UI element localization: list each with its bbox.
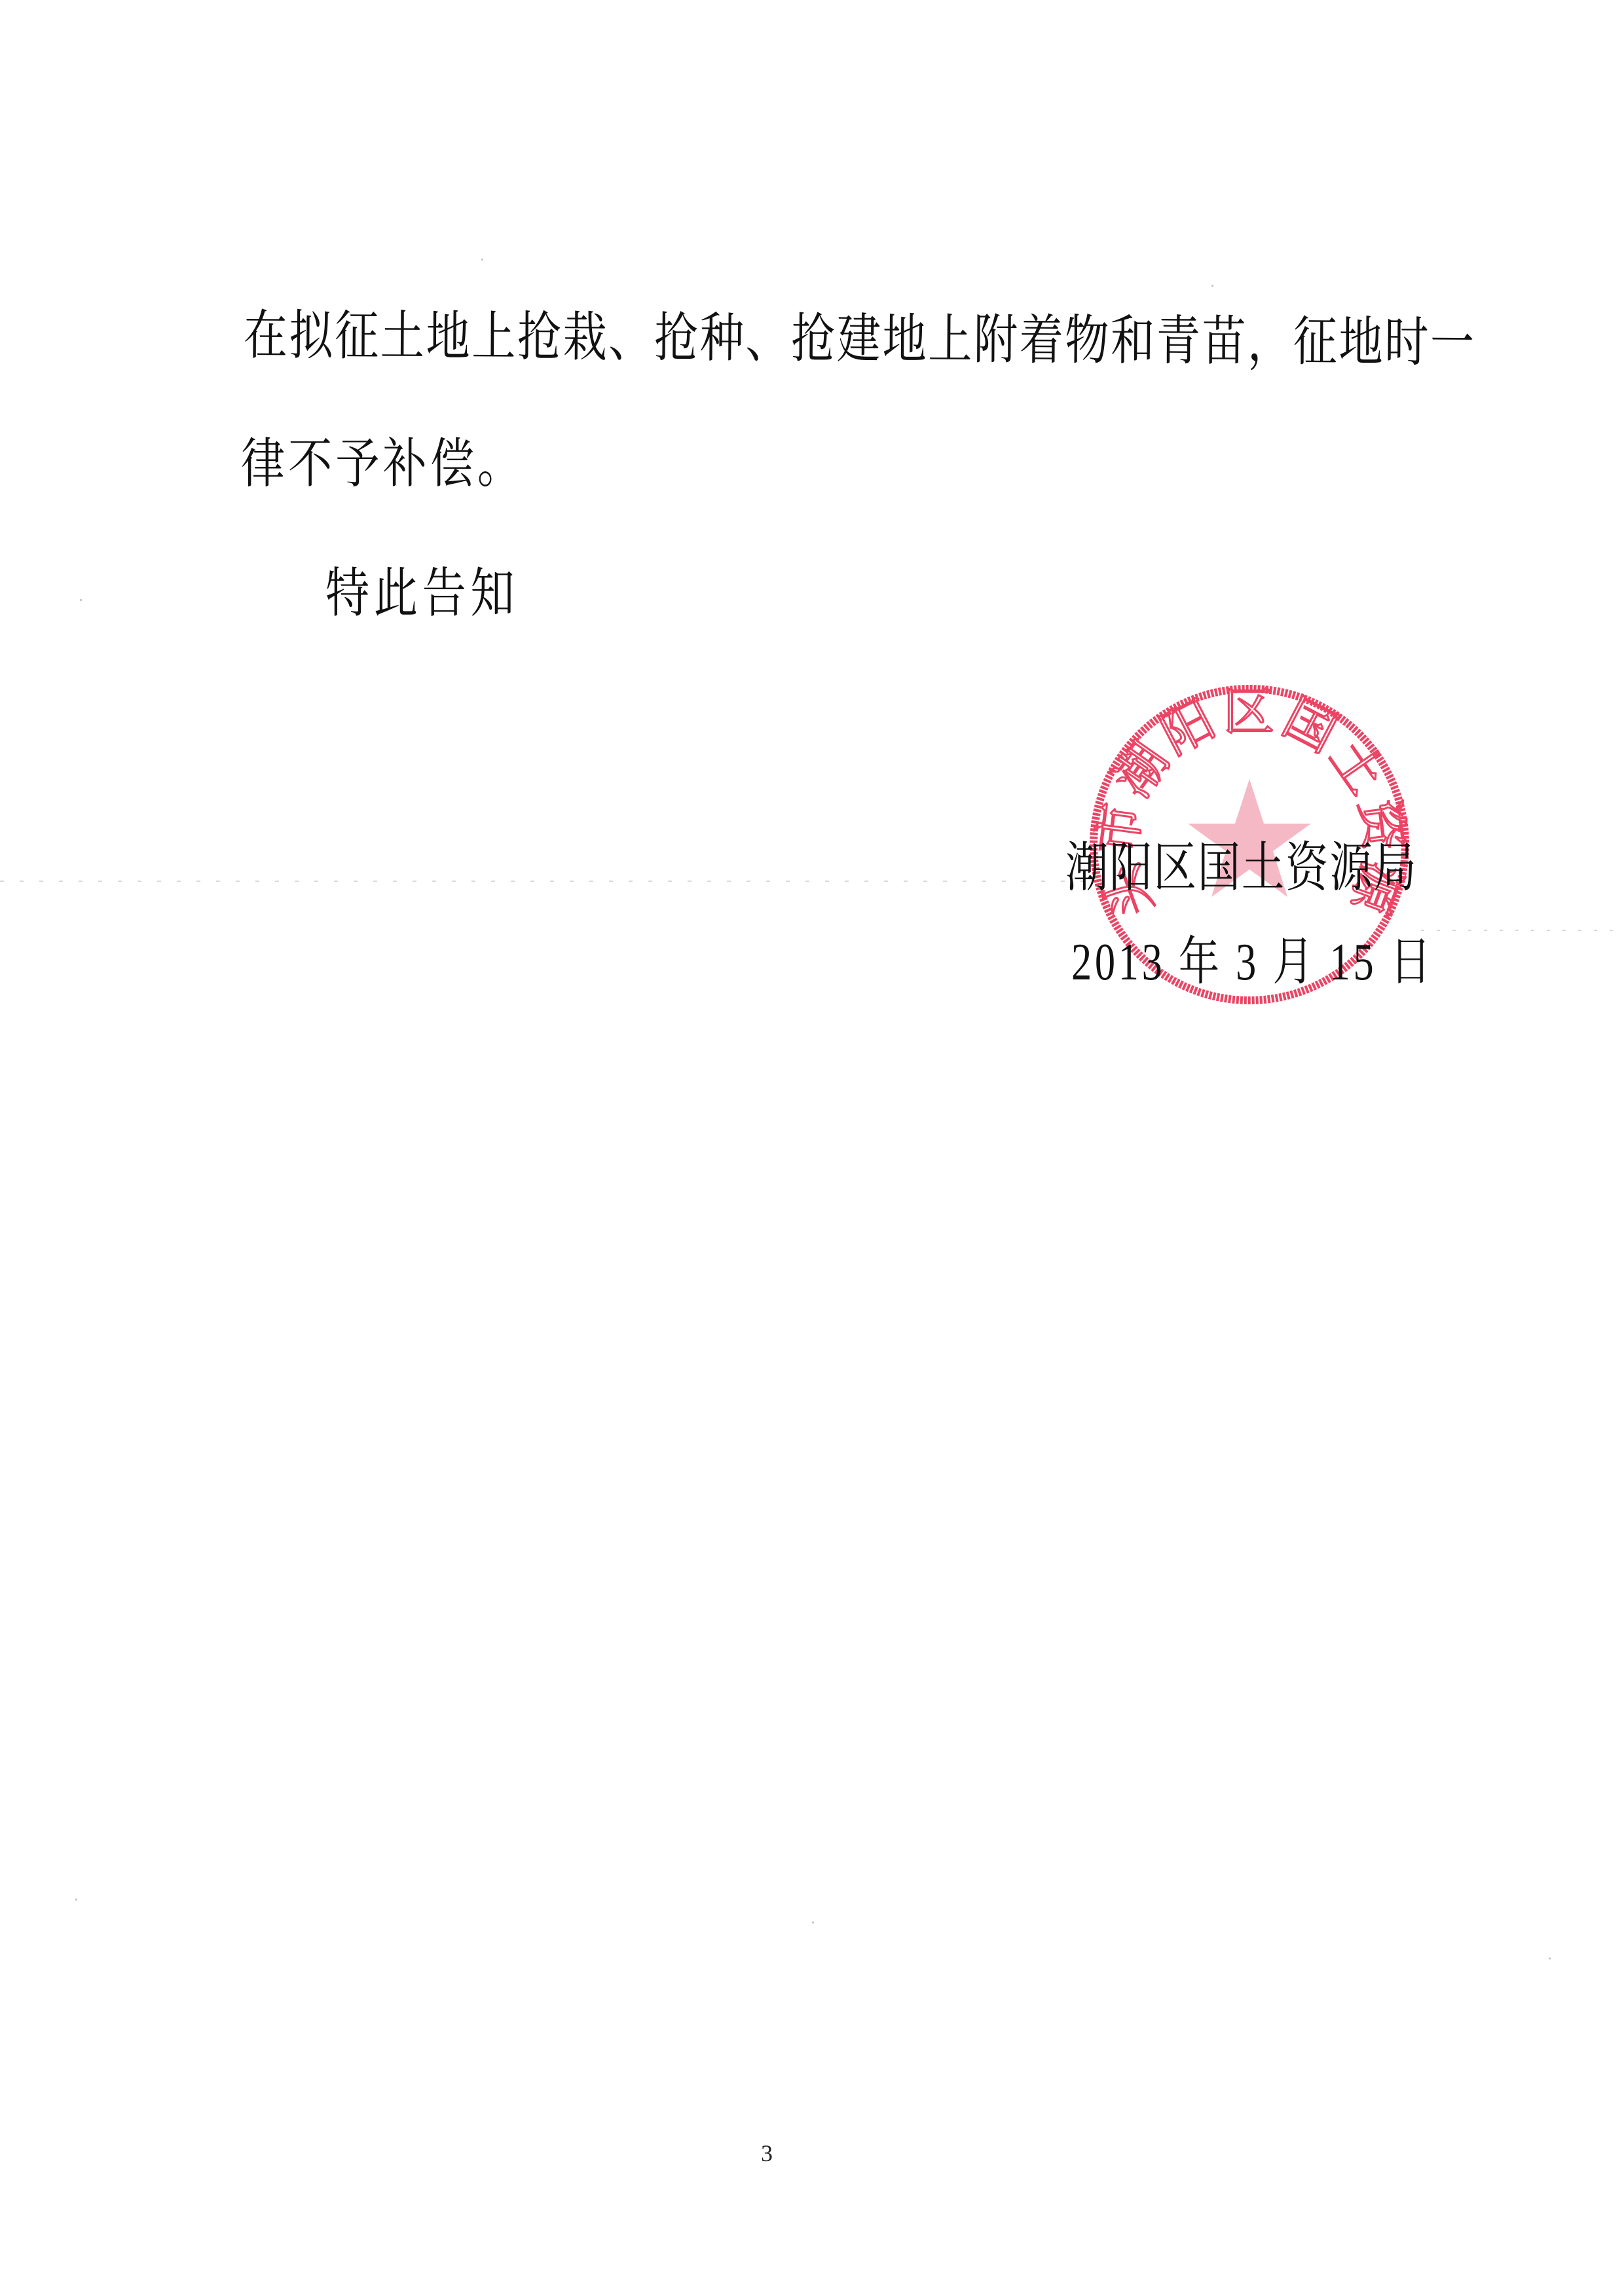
page-number: 3: [761, 2140, 773, 2167]
scan-dust: [1211, 285, 1213, 287]
scan-fold-line: [1421, 930, 1617, 931]
scan-fold-line: [0, 881, 1113, 882]
signature-date: 2013 年 3 月 15 日: [1071, 919, 1434, 994]
closing-notice: 特此告知: [325, 567, 519, 621]
scan-dust: [481, 259, 483, 261]
body-line-2: 律不予补偿。: [241, 437, 525, 491]
scan-dust: [75, 1899, 77, 1901]
scan-dust: [80, 599, 82, 601]
scan-dust: [812, 1922, 814, 1923]
signature-organization: 潮阳区国土资源局: [1065, 825, 1418, 902]
body-line-1: 在拟征土地上抢栽、抢种、抢建地上附着物和青苗，征地时一: [243, 309, 1475, 370]
scan-dust: [1549, 1958, 1551, 1959]
